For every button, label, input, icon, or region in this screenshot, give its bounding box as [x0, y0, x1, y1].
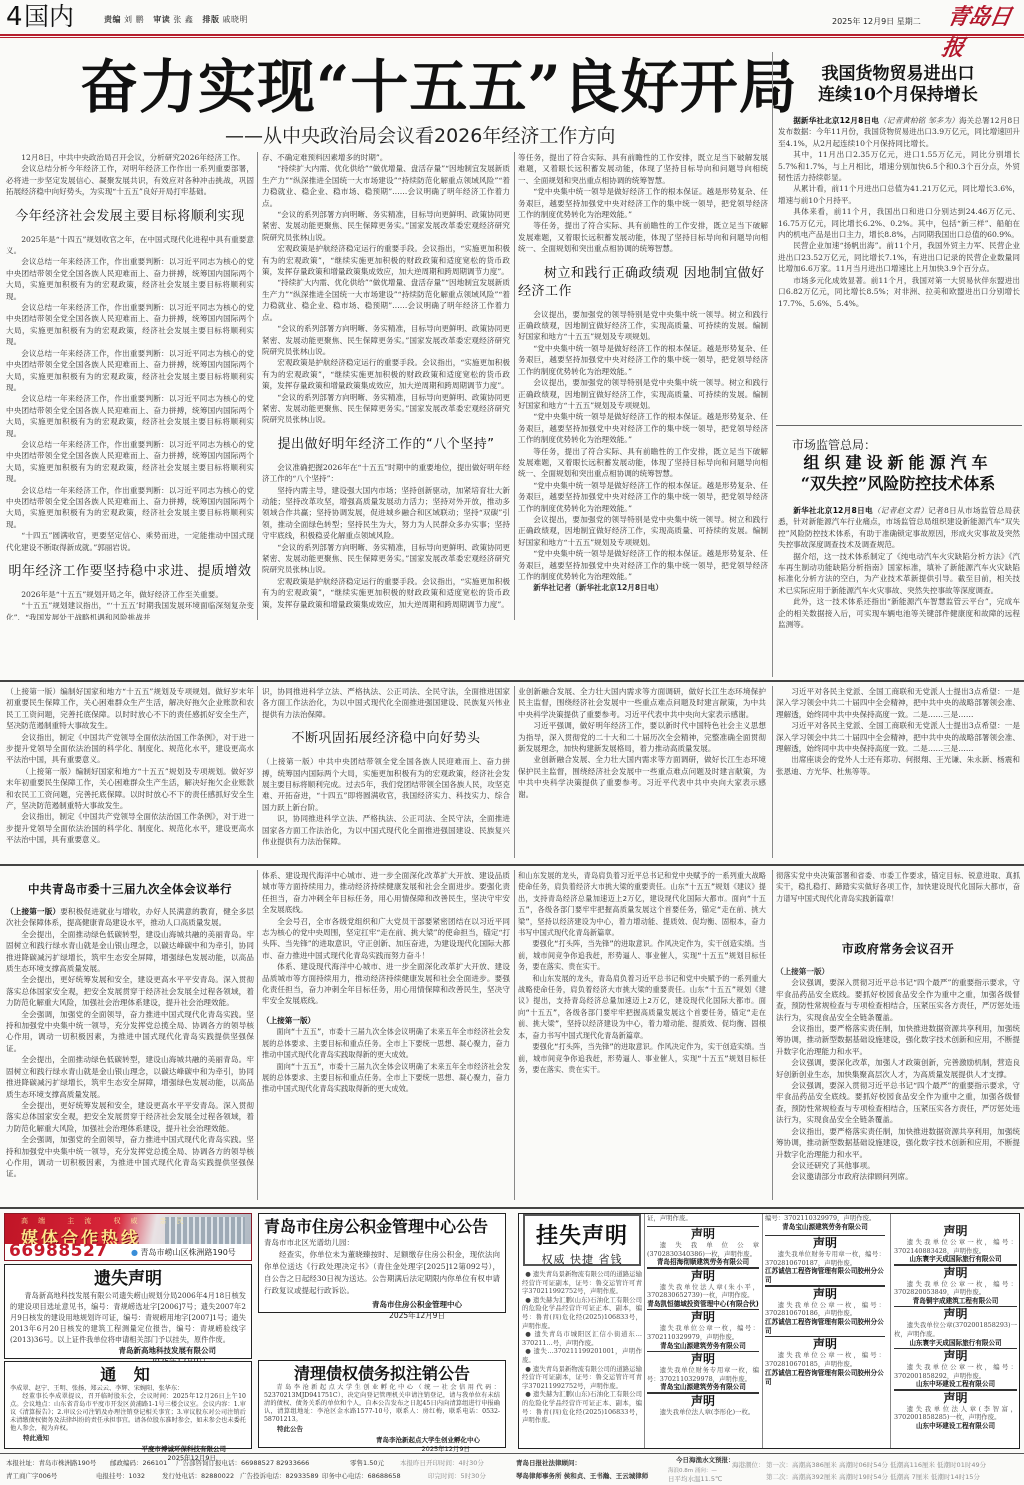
paragraph: 彻落实党中央决策部署和省委、市委工作要求，锚定目标、锐意进取、真抓实干，稳扎稳打… — [776, 870, 1020, 904]
paragraph: 2025年是“十四五”规划收官之年，在中国式现代化进程中具有重要意义。 — [6, 234, 254, 257]
paragraph: 宏观政策是护航经济稳定运行的重要手段。会议指出，“实施更加积极有为的宏观政策”，… — [262, 576, 510, 610]
declaration-signer: 青岛宝山源建筑劳务有限公司 — [647, 1383, 759, 1392]
section-title: 国内 — [24, 2, 74, 32]
declaration-body: 遗失我单位法人章(李彤化)一枚。 — [647, 1408, 759, 1417]
middle-col-1: （上接第一版）编制好国家和地方“十五五”规划及专项规划。做好岁末年初重要民生保障… — [6, 686, 254, 858]
footer-tide-2: 第二次：高潮高392厘米 高潮时19时54分 低潮高 7厘米 低潮时14时15分 — [766, 1472, 980, 1481]
paragraph: 此外，这一技术体系还指出“新能源汽车智慧监管云平台”，完成车企的相关数据接入后，… — [778, 596, 1020, 630]
declaration-body: 遗失我单位公章(3702830340386)一枚，声明作废。 — [647, 1241, 759, 1258]
main-subheadline: ——从中央政治局会议看2026年经济工作方向 — [225, 121, 615, 148]
footer-print-center: 印务中心电话：68688658 — [322, 1471, 401, 1480]
reporter: （记者赵文君） — [873, 506, 928, 515]
dateline: 新华社北京12月8日电 — [793, 506, 873, 515]
reporter: （记者黄柏铭 邹多为） — [879, 116, 959, 125]
declaration-divider — [647, 1351, 759, 1353]
newspaper-logo: 青岛日报 — [940, 0, 1024, 62]
paragraph: 面向“十五五”，市委十三届九次全体会议明确了未来五年全市经济社会发展的总体要求、… — [262, 1061, 510, 1095]
paragraph: 等任务，提出了符合实际、具有前瞻性的工作安排，既立足当下破解发展难题，又着眼长远… — [518, 446, 768, 480]
declaration-signer: 江苏诚信工程咨询管理有限公司胶州分公司 — [765, 1369, 885, 1387]
trade-headline: 我国货物贸易进出口 连续10个月保持增长 — [776, 64, 1020, 106]
paragraph: “党中央集中统一领导是做好经济工作的根本保证。越是形势复杂、任务艰巨，越要坚持加… — [518, 480, 768, 514]
declaration-signer: 江苏诚信工程咨询管理有限公司胶州分公司 — [765, 1267, 885, 1285]
hotline-phone: 66988527 — [9, 1241, 108, 1261]
ad-title: 通 知 — [10, 1365, 246, 1385]
dateline: 据新华社北京12月8日电 — [793, 116, 879, 125]
item-text: 遗失赫为汇鹏(山东)石油化工有限公司的危险化学品经营许可证正本、副本，编号：鲁青… — [522, 1390, 642, 1424]
continued-tag: （上接第一版） — [6, 907, 60, 916]
ad-date: 2025年12月9日 — [264, 1444, 500, 1453]
paragraph: （上接第一版）编制好国家和地方“十五五”规划及专项规划。做好岁末年初重要民生保障… — [6, 766, 254, 812]
ad-section-divider — [0, 1207, 1024, 1209]
paragraph: 面向“十五五”，市委十三届九次全体会议明确了未来五年全市经济社会发展的总体要求、… — [262, 1026, 510, 1060]
declaration-body: 遗失我单位公章一枚，编号：3702140883428，声明作废。 — [894, 1238, 1017, 1255]
ad-signer: 青岛新高地科技发展有限公司 — [10, 1345, 246, 1356]
paragraph: 会议总结一年来经济工作，作出重要判断：以习近平同志为核心的党中央团结带领全党全国… — [6, 302, 254, 348]
declaration-signer: 山东寰宇天成国际旅行有限公司 — [894, 1339, 1017, 1348]
declaration-body: 遗失我单位公章一枚，编号：3702810670185，声明作废。 — [765, 1351, 885, 1368]
continued-tag: （上接第一版） — [776, 966, 1020, 977]
lost-box-title: 挂失声明 — [525, 1219, 639, 1250]
item-text: 遗失…370211199201001，声明作废。 — [522, 1347, 642, 1364]
column-divider — [890, 1214, 891, 1448]
paragraph: 会议还研究了其他事项。 — [776, 1160, 1020, 1171]
declaration-title: 声明 — [894, 1224, 1017, 1238]
paragraph: 会议总结一年来经济工作，作出重要判断：以习近平同志为核心的党中央团结带领全党全国… — [6, 439, 254, 485]
column-divider — [772, 52, 773, 677]
footer-tide-label: 海港潮位： — [732, 1460, 765, 1469]
article-divider — [776, 425, 1022, 426]
byline: 新华社记者（新华社北京12月8日电） — [518, 582, 768, 593]
declaration-title: 声明 — [765, 1337, 885, 1351]
declaration-divider — [647, 1309, 759, 1311]
paragraph: 和山东发展的龙头，青岛肩负着习近平总书记和党中央赋予的一系列重大战略使命任务，肩… — [518, 870, 766, 938]
declaration-title: 声明 — [647, 1227, 759, 1241]
declaration-body: 遗失我单位财务专用章一枚，编号：3702110329978，声明作废。 — [647, 1366, 759, 1383]
column-divider — [772, 870, 773, 1200]
declaration-body: 遗失我单位公章一枚，编号：3702110329979，声明作废。 — [647, 1324, 759, 1341]
item-text: 遗失青岛景新物流有限公司的道路运输经营许可证副本，证号：鲁交运管许可青字3702… — [522, 1365, 642, 1390]
paragraph: 会议总结一年来经济工作，作出重要判断：以习近平同志为核心的党中央团结带领全党全国… — [6, 485, 254, 531]
ev-headline: 组织建设新能源汽车 “双失控”风险防控技术体系 — [776, 452, 1020, 494]
credit-name: 戚晓明 — [223, 15, 249, 24]
declaration-title: 声明 — [765, 1236, 885, 1250]
column-divider — [257, 686, 258, 858]
paragraph: “十四五”圆满收官，更要坚定信心、乘势而进，一定能推动中国式现代化建设不断取得新… — [6, 530, 254, 553]
paragraph: “会议的系列部署方向明晰、务实精准，目标导向更鲜明、政策协同更紧密、发展动能更聚… — [262, 542, 510, 576]
section-heading: 树立和践行正确政绩观 因地制宜做好经济工作 — [518, 265, 768, 301]
declaration-title: 声明 — [894, 1266, 1017, 1280]
declaration-title: 声明 — [765, 1287, 885, 1301]
footer-postcode: 邮政编码：266101 — [110, 1458, 167, 1467]
paragraph: “会议的系列部署方向明晰、务实精准，目标导向更鲜明、政策协同更紧密、发展动能更聚… — [262, 323, 510, 357]
declaration-body: 遗失我单位法人章(李智富，3702001858285)一枚，声明作废。 — [894, 1405, 1017, 1422]
declaration-body: 遗失我单位法人章(朱小平，3702830652739)一枚，声明作废。 — [647, 1283, 759, 1300]
section-heading: 中共青岛市委十三届九次全体会议举行 — [6, 880, 254, 898]
paragraph: 会议指出，制定《中国共产党领导全面依法治国工作条例》，对于进一步提升党领导全面依… — [6, 811, 254, 845]
lost-declaration-box: 挂失声明 权威 快捷 省钱 — [523, 1214, 641, 1266]
declaration-signer: 山东中环建设工程有限公司 — [894, 1422, 1017, 1431]
main-article-col-3: 等任务，提出了符合实际、具有前瞻性的工作安排，既立足当下破解发展难题，又着眼长远… — [518, 152, 768, 620]
paragraph: 从累计看，前11个月进出口总值为41.21万亿元，同比增长3.6%，增速与前10… — [778, 183, 1020, 206]
lost-box-slogan: 权威 快捷 省钱 — [525, 1251, 639, 1267]
headline-line: “双失控”风险防控技术体系 — [776, 473, 1020, 494]
paragraph: 和山东发展的龙头，青岛肩负着习近平总书记和党中央赋予的一系列重大战略使命任务，肩… — [518, 973, 766, 1041]
declaration-divider — [894, 1348, 1017, 1350]
middle-col-4: 习近平对各民主党派、全国工商联和无党派人士提出3点希望：一是深入学习领会中共二十… — [776, 686, 1020, 858]
paragraph: 全会提出，更好统筹发展和安全，建设更高水平平安青岛。深入贯彻落实总体国家安全观，… — [6, 974, 254, 1008]
ad-addressees: 李成翠、赵宁、王明、张扬、郑云云、李辉、宋婉阳、张华东： — [10, 1385, 246, 1393]
declaration-body: 遗失我单位公章一枚，编号：3702810670186，声明作废。 — [765, 1301, 885, 1318]
headline-line: 连续10个月保持增长 — [776, 85, 1020, 106]
declaration-signer: 青岛宝山源建筑劳务有限公司 — [647, 1342, 759, 1351]
declaration-title: 声明 — [647, 1352, 759, 1366]
declaration-body: 遗失我单位公章(3702001858293)一枚，声明作废。 — [894, 1321, 1017, 1338]
footer-complaint: 广告投诉电话：82933589 — [240, 1471, 319, 1480]
declaration-title: 声明 — [647, 1310, 759, 1324]
item-text: 遗失赫为汇鹏(山东)石油化工有限公司的危险化学品经营许可证正本、副本，编号：鲁青… — [522, 1296, 642, 1330]
footer-print-end: 印完时间：5时30分 — [428, 1471, 486, 1480]
declaration-divider — [647, 1392, 759, 1394]
ad-title: 清理债权债务拟注销公告 — [264, 1364, 500, 1384]
footer-rule — [0, 1453, 1024, 1454]
ad-closing: 特此通知 — [10, 1433, 246, 1444]
paragraph: 宏观政策是护航经济稳定运行的重要手段。会议指出，“实施更加积极有为的宏观政策”，… — [262, 243, 510, 277]
paragraph: 业创新融合发展、全力壮大国内需求等方面调研，做好长江生态环境保护民主监督，围绕经… — [518, 686, 766, 720]
paragraph: 会议提出，要加强党的领导特别是党中央集中统一领导。树立和践行正确政绩观，因地制宜… — [518, 377, 768, 411]
declaration-body: 遗失我单位财务专用章一枚，编号：3702810670187，声明作废。 — [765, 1250, 885, 1267]
footer-legal-title: 青岛日报社法律顾问： — [516, 1458, 581, 1467]
ad-addressee: 青岛市市北区光谱幼儿园： — [264, 1237, 500, 1249]
paragraph: 会议强调，要深入贯彻习近平总书记“四个最严”的重要指示要求，守牢食品药品安全底线… — [776, 977, 1020, 1023]
paragraph: 新华社北京12月8日电（记者赵文君）记者8日从市场监管总局获悉，针对新能源汽车行… — [778, 505, 1020, 551]
paragraph: “会议的系列部署方向明晰、务实精准，目标导向更鲜明、政策协同更紧密、发展动能更聚… — [262, 392, 510, 426]
paragraph: 等任务，提出了符合实际、具有前瞻性的工作安排，既立足当下破解发展难题，又着眼长远… — [518, 152, 768, 186]
declaration-title: 声明 — [894, 1391, 1017, 1405]
plenary-col-3: 和山东发展的龙头，青岛肩负着习近平总书记和党中央赋予的一系列重大战略使命任务，肩… — [518, 870, 766, 1200]
paragraph: 全会强调，加强党的全面领导，奋力推进中国式现代化青岛实践。坚持和加强党中央集中统… — [6, 1134, 254, 1180]
paragraph: （上接第一版）中共中央团结带领全党全国各族人民迎难而上、奋力拼搏，统筹国内国际两… — [262, 756, 510, 813]
paragraph: 据新华社北京12月8日电（记者黄柏铭 邹多为）海关总署12月8日发布数据：今年1… — [778, 115, 1020, 149]
page-number: 4 — [6, 2, 23, 32]
middle-col-3: 业创新融合发展、全力壮大国内需求等方面调研，做好长江生态环境保护民主监督，围绕经… — [518, 686, 766, 858]
column-divider — [644, 1214, 645, 1448]
masthead: 4 国内 责编 刘 鹏 审读 张 鑫 排版 戚晓明 2025年 12月9日 星期… — [0, 0, 1024, 34]
ad-body: 青岛新高地科技发展有限公司遗失崂山规划分局2006年4月18日核发的建设项目选址… — [10, 1290, 246, 1345]
declaration-divider — [765, 1285, 885, 1287]
credit-name: 张 鑫 — [173, 15, 193, 24]
plenary-col-1: 中共青岛市委十三届九次全体会议举行 （上接第一版）要积极促进就业与增收，办好人民… — [6, 870, 254, 1200]
paragraph: 全会提出，更好统筹发展和安全，建设更高水平平安青岛。深入贯彻落实总体国家安全观，… — [6, 1100, 254, 1134]
ad-title: 遗失声明 — [10, 1268, 246, 1290]
paragraph: 全会号召，全市各级党组织和广大党员干部要紧密团结在以习近平同志为核心的党中央周围… — [262, 916, 510, 962]
paragraph: 要强化“打头阵，当先锋”的进取意识。作风决定作为，实干创造实绩。当前，城市间竞争… — [518, 938, 766, 972]
paragraph: “十五五”规划建议指出，“‘十五五’时期我国发展环境面临深刻复杂变化”，“我国发… — [6, 600, 254, 620]
lost-notice-ad: 遗失声明 青岛新高地科技发展有限公司遗失崂山规划分局2006年4月18日核发的建… — [4, 1264, 252, 1359]
masthead-rule-thin — [0, 37, 1024, 38]
deregistration-ad: 清理债权债务拟注销公告 青岛李沧新起点大学生创业孵化中心（统一社会信用代码：52… — [258, 1360, 506, 1448]
declaration-title: 声明 — [894, 1349, 1017, 1363]
declaration-signer: 青岛凯恒德域投资管理中心(有限合伙) — [647, 1300, 759, 1309]
headline-line: 我国货物贸易进出口 — [776, 64, 1020, 85]
declaration-body: 证，声明作废。 — [647, 1214, 759, 1223]
credit-name: 刘 鹏 — [124, 15, 144, 24]
issue-date: 2025年 12月9日 星期二 — [832, 16, 921, 27]
paragraph: （上接第一版） — [262, 1015, 510, 1026]
footer-ad-phone: 广告部咨询订报电话：66988527 82933666 — [176, 1458, 309, 1467]
media-hotline-banner: 高端 主流 权威 亲民 媒体合作热线 66988527 ● 青岛市崂山区株洲路1… — [4, 1213, 252, 1261]
footer-legal-firm: 琴岛律师事务所 侯和贞、王书瀚、王云城律师 — [516, 1471, 648, 1480]
item-text: 遗失青岛市城阳区汇信小街道东…370211…号，声明作废。 — [522, 1330, 642, 1347]
declarations-col-1: 证，声明作废。 声明 遗失我单位公章(3702830340386)一枚，声明作废… — [647, 1214, 759, 1448]
footer-forecast-title: 今日海渔水文预报： — [676, 1455, 735, 1464]
column-divider — [762, 1214, 763, 1448]
ad-body: 青岛李沧新起点大学生创业孵化中心（统一社会信用代码：52370213MJD941… — [264, 1384, 500, 1424]
notice-ad: 通 知 李成翠、赵宁、王明、张扬、郑云云、李辉、宋婉阳、张华东： 经董事长李成翠… — [4, 1361, 252, 1449]
footer-print-start: 本报昨日开印时间：4时30分 — [400, 1458, 484, 1467]
column-divider — [514, 686, 515, 858]
section-heading: 明年经济工作要坚持稳中求进、提质增效 — [6, 563, 254, 581]
paragraph: 会议总结一年来经济工作，作出重要判断：以习近平同志为核心的党中央团结带领全党全国… — [6, 256, 254, 302]
footer-wave: 海浪0.8m 涌向：— — [668, 1466, 717, 1474]
declaration-signer: 青岛宝山源建筑劳务有限公司 — [765, 1223, 885, 1232]
paragraph: 2026年是“十五五”规划开局之年，做好经济工作至关重要。 — [6, 589, 254, 600]
paragraph: 全会强调，加强党的全面领导，奋力推进中国式现代化青岛实践。坚持和加强党中央集中统… — [6, 1009, 254, 1055]
masthead-rule — [0, 34, 1024, 36]
paragraph: “党中央集中统一领导是做好经济工作的根本保证。越是形势复杂、任务艰巨，越要坚持加… — [518, 411, 768, 445]
declaration-body: 遗失我单位公章一枚，编号：3702001858292，声明作废。 — [894, 1363, 1017, 1380]
section-divider — [0, 680, 1024, 682]
column-divider — [772, 686, 773, 858]
declaration-signer: 山东寰宇天成国际旅行有限公司 — [894, 1255, 1017, 1264]
column-divider — [257, 870, 258, 1200]
paragraph: 要强化“打头阵，当先锋”的进取意识。作风决定作为，实干创造实绩。当前，城市间竞争… — [518, 1041, 766, 1075]
paragraph: 体系、建设现代海洋中心城市、进一步全面深化改革扩大开放、建设品质城市等方面持续用… — [262, 870, 510, 916]
ev-kicker: 市场监管总局： — [792, 436, 876, 453]
paragraph: 全会提出，全面推动绿色低碳转型，建设山海城共融的美丽青岛。牢固树立和践行绿水青山… — [6, 1054, 254, 1100]
plenary-col-4: 彻落实党中央决策部署和省委、市委工作要求，锚定目标、锐意进取、真抓实干，稳扎稳打… — [776, 870, 1020, 928]
paragraph: 会议总结一年来经济工作，作出重要判断：以习近平同志为核心的党中央团结带领全党全国… — [6, 348, 254, 394]
paragraph: 会议指出，制定《中国共产党领导全面依法治国工作条例》，对于进一步提升党领导全面依… — [6, 732, 254, 766]
paragraph: （上接第一版）要积极促进就业与增收，办好人民满意的教育，健全多层次社会保障体系，… — [6, 906, 254, 929]
credit-role: 审读 — [153, 15, 170, 24]
column-divider — [514, 870, 515, 1200]
continued-tag: （上接第一版） — [262, 1016, 315, 1025]
paragraph: 等任务，提出了符合实际、具有前瞻性的工作安排，既立足当下破解发展难题，又着眼长远… — [518, 220, 768, 254]
paragraph: 习近平对各民主党派、全国工商联和无党派人士提出3点希望：一是深入学习领会中共二十… — [776, 720, 1020, 754]
section-heading: 市政府常务会议召开 — [776, 940, 1020, 958]
declaration-body: 编号：3702110329979，声明作废。 — [765, 1214, 885, 1223]
lost-list-item: ● 遗失赫为汇鹏(山东)石油化工有限公司的危险化学品经营许可证正本、副本，编号：… — [522, 1296, 642, 1330]
paragraph: 会议提出，要加强党的领导特别是党中央集中统一领导。树立和践行正确政绩观，因地制宜… — [518, 309, 768, 343]
paragraph: “党中央集中统一领导是做好经济工作的根本保证。越是形势复杂、任务艰巨，越要坚持加… — [518, 186, 768, 220]
paragraph: 识，协同推进科学立法、严格执法、公正司法、全民守法，全面推进国家各方面工作法治化… — [262, 686, 510, 720]
lost-list-item: ● 遗失赫为汇鹏(山东)石油化工有限公司的危险化学品经营许可证正本、副本，编号：… — [522, 1390, 642, 1424]
ad-body: 经董事长李成翠提议，召开临时股东会，会议时间：2025年12月26日上午10点。… — [10, 1393, 246, 1433]
paragraph: “会议的系列部署方向明晰、务实精准，目标导向更鲜明、政策协同更紧密、发展动能更聚… — [262, 209, 510, 243]
paragraph: 12月8日，中共中央政治局召开会议，分析研究2026年经济工作。 — [6, 152, 254, 163]
paragraph: 会议指出，要严格落实责任制，加快推进数据资源共享利用，加强统筹协调，推动新型数据… — [776, 1126, 1020, 1160]
paragraph: 全会提出，全面推动绿色低碳转型，建设山海城共融的美丽青岛。牢固树立和践行绿水青山… — [6, 929, 254, 975]
trade-article-body: 据新华社北京12月8日电（记者黄柏铭 邹多为）海关总署12月8日发布数据：今年1… — [778, 115, 1020, 415]
colophon-footer: 本报社址：青岛市株洲路190号 邮政编码：266101 广告部咨询订报电话：66… — [0, 1455, 1024, 1485]
ad-body: 经查实，你单位未为董晓臻按时、足额缴存住房公积金，现依法向你单位送达《行政处理决… — [264, 1249, 500, 1297]
column-divider — [514, 152, 515, 620]
middle-col-2: 识，协同推进科学立法、严格执法、公正司法、全民守法，全面推进国家各方面工作法治化… — [262, 686, 510, 858]
paragraph: 识，协同推进科学立法、严格执法、公正司法、全民守法，全面推进国家各方面工作法治化… — [262, 813, 510, 847]
ad-signer: 青岛李沧新起点大学生创业孵化中心 — [264, 1435, 500, 1444]
declaration-divider — [894, 1389, 1017, 1391]
paragraph: 会议邀请部分市政府法律顾问列席。 — [776, 1171, 1020, 1182]
paragraph: 会议总结分析今年经济工作，对明年经济工作作出一系列重要部署，必将进一步坚定发展信… — [6, 163, 254, 197]
paragraph: “党中央集中统一领导是做好经济工作的根本保证。越是形势复杂、任务艰巨，越要坚持加… — [518, 343, 768, 377]
column-divider — [257, 152, 258, 620]
declaration-title: 声明 — [647, 1269, 759, 1283]
ad-closing: 特此公告 — [264, 1424, 500, 1435]
main-headline: 奋力实现“十五五”良好开局 — [80, 52, 798, 122]
ev-article-body: 新华社北京12月8日电（记者赵文君）记者8日从市场监管总局获悉，针对新能源汽车行… — [778, 505, 1020, 677]
paragraph: 会议总结一年来经济工作，作出重要判断：以习近平同志为核心的党中央团结带领全党全国… — [6, 393, 254, 439]
lost-list-item: ● 遗失…370211199201001，声明作废。 — [522, 1347, 642, 1364]
footer-water-temp: 日平均水温11.5℃ — [668, 1474, 722, 1483]
paragraph: 存、不确定难预料因素增多的时期”。 — [262, 152, 510, 163]
declaration-divider — [894, 1306, 1017, 1308]
paragraph: （上接第一版）编制好国家和地方“十五五”规划及专项规划。做好岁末年初重要民生保障… — [6, 686, 254, 732]
paragraph: 其中，11月出口2.35万亿元，进口1.55万亿元，同比分别增长5.7%和1.7… — [778, 149, 1020, 183]
ad-date: 2025年12月9日 — [264, 1310, 500, 1321]
paragraph: 会议提出，要加强党的领导特别是党中央集中统一领导。树立和践行正确政绩观，因地制宜… — [518, 514, 768, 548]
declaration-divider — [765, 1235, 885, 1237]
declaration-divider — [765, 1336, 885, 1338]
declaration-signer: 山东中环建设工程有限公司 — [894, 1380, 1017, 1389]
paragraph: 民营企业加速“扬帆出海”。前11个月，我国外贸主力军、民营企业进出口23.52万… — [778, 240, 1020, 274]
footer-address: 本报社址：青岛市株洲路190号 — [6, 1458, 96, 1467]
banner-address: ● 青岛市崂山区株洲路190号 — [131, 1247, 236, 1258]
paragraph: 宏观政策是护航经济稳定运行的重要手段。会议指出，“实施更加积极有为的宏观政策”，… — [262, 357, 510, 391]
credit-role: 排版 — [202, 15, 219, 24]
paragraph: 会议准确把握2026年在“十五五”时期中的重要地位，提出做好明年经济工作的“八个… — [262, 462, 510, 485]
footer-price: 零售1.50元 — [350, 1458, 384, 1467]
paragraph: 习近平强调，做好明年经济工作，要以新时代中国特色社会主义思想为指导，深入贯彻党的… — [518, 720, 766, 754]
paragraph: 具体来看，前11个月，我国出口和进口分别达到24.46万亿元、16.75万亿元，… — [778, 206, 1020, 240]
paragraph: 坚持内需主导，建设强大国内市场；坚持创新驱动，加紧培育壮大新动能；坚持改革攻坚，… — [262, 485, 510, 542]
paragraph: 体系、建设现代海洋中心城市、进一步全面深化改革扩大开放、建设品质城市等方面持续用… — [262, 961, 510, 1007]
section-heading: 不断巩固拓展经济稳中向好势头 — [262, 730, 510, 748]
paragraph: “持续扩大内需、优化供给”“做优增量、盘活存量”“因地制宜发展新质生产力”“纵深… — [262, 277, 510, 323]
main-article-col-1: 12月8日，中共中央政治局召开会议，分析研究2026年经济工作。 会议总结分析今… — [6, 152, 254, 620]
declaration-divider — [647, 1226, 759, 1228]
footer-telegram: 电报挂号：1032 — [96, 1471, 145, 1480]
lost-list-item: ● 遗失青岛景新物流有限公司的道路运输经营许可证副本，证号：鲁交运管许可青字37… — [522, 1365, 642, 1391]
lost-list: ● 遗失青岛景新物流有限公司的道路运输经营许可证副本，证号：鲁交运管许可青字37… — [522, 1270, 642, 1446]
section-heading: 提出做好明年经济工作的“八个坚持” — [262, 436, 510, 454]
declaration-title: 声明 — [647, 1394, 759, 1408]
credit-role: 责编 — [104, 15, 121, 24]
declarations-col-3: 声明 遗失我单位公章一枚，编号：3702140883428，声明作废。 山东寰宇… — [894, 1218, 1017, 1446]
gov-meeting-article: 市政府常务会议召开 （上接第一版） 会议强调，要深入贯彻习近平总书记“四个最严”… — [776, 930, 1020, 1200]
paragraph: 会议指出，要严格落实责任制，加快推进数据资源共享利用，加强统筹协调，推动新型数据… — [776, 1023, 1020, 1057]
declaration-title: 声明 — [894, 1307, 1017, 1321]
footer-distribution: 发行处电话：82880022 — [162, 1471, 234, 1480]
declaration-signer: 江苏诚信工程咨询管理有限公司胶州分公司 — [765, 1318, 885, 1336]
declaration-body: 遗失我单位公章一枚，编号：3702820053849，声明作废。 — [894, 1280, 1017, 1297]
paragraph: 业创新融合发展、全力壮大国内需求等方面调研，做好长江生态环境保护民主监督，围绕经… — [518, 754, 766, 800]
paragraph: 会议强调，要深化改革，加强人才政策创新，完善激励机制，营造良好创新创业生态，加快… — [776, 1057, 1020, 1080]
paragraph: 习近平对各民主党派、全国工商联和无党派人士提出3点希望：一是深入学习领会中共二十… — [776, 686, 1020, 720]
main-article-col-2: 存、不确定难预料因素增多的时期”。 “持续扩大内需、优化供给”“做优增量、盘活存… — [262, 152, 510, 620]
paragraph: “党中央集中统一领导是做好经济工作的根本保证。越是形势复杂、任务艰巨，越要坚持加… — [518, 548, 768, 582]
paragraph: 据介绍，这一技术体系制定了《纯电动汽车火灾缺陷分析方法》《汽车再生制动功能缺陷分… — [778, 551, 1020, 597]
ad-title: 青岛市住房公积金管理中心公告 — [264, 1217, 500, 1237]
section-heading: 今年经济社会发展主要目标将顺利实现 — [6, 208, 254, 226]
lost-list-item: ● 遗失青岛市城阳区汇信小街道东…370211…号，声明作废。 — [522, 1330, 642, 1347]
plenary-col-2: 体系、建设现代海洋中心城市、进一步全面深化改革扩大开放、建设品质城市等方面持续用… — [262, 870, 510, 1200]
lost-list-item: ● 遗失青岛景新物流有限公司的道路运输经营许可证副本，证号：鲁交运管许可青字37… — [522, 1270, 642, 1296]
declaration-divider — [647, 1267, 759, 1269]
ad-signer: 平度市博诚环保科技有限公司 — [10, 1444, 246, 1453]
paragraph: 出席座谈会的党外人士还有郑功、何报翔、王光谦、朱永新、杨震和张恩迪、方光华、杜焦… — [776, 754, 1020, 777]
declaration-signer: 青岛铜宇成建筑工程有限公司 — [894, 1297, 1017, 1306]
paragraph: 会议强调，要深入贯彻习近平总书记“四个最严”的重要指示要求，守牢食品药品安全底线… — [776, 1080, 1020, 1126]
ad-signer: 青岛市住房公积金管理中心 — [264, 1299, 500, 1310]
footer-tide-1: 第一次：高潮高386厘米 高潮时06时54分 低潮高116厘米 低潮时01时49… — [766, 1460, 986, 1469]
location-pin-icon: ● — [131, 1248, 138, 1257]
address-text: 青岛市崂山区株洲路190号 — [141, 1248, 236, 1257]
editor-credits: 责编 刘 鹏 审读 张 鑫 排版 戚晓明 — [104, 14, 248, 25]
paragraph: 市场多元化成效显著。前11个月，我国对第一大贸易伙伴东盟进出口6.82万亿元，同… — [778, 275, 1020, 309]
declarations-col-2: 编号：3702110329979，声明作废。 青岛宝山源建筑劳务有限公司 声明 … — [765, 1214, 885, 1448]
housing-fund-ad: 青岛市住房公积金管理中心公告 青岛市市北区光谱幼儿园： 经查实，你单位未为董晓臻… — [258, 1213, 506, 1313]
declaration-divider — [894, 1264, 1017, 1266]
item-text: 遗失青岛景新物流有限公司的道路运输经营许可证副本，证号：鲁交运管许可青字3702… — [522, 1270, 642, 1295]
headline-line: 组织建设新能源汽车 — [776, 452, 1020, 473]
section-divider — [0, 864, 1024, 866]
declaration-signer: 青岛招海彻顺建筑劳务有限公司 — [647, 1258, 759, 1267]
paragraph: “持续扩大内需、优化供给”“做优增量、盘活存量”“因地制宜发展新质生产力”“纵深… — [262, 163, 510, 209]
footer-license: 青工商广字006号 — [6, 1471, 57, 1480]
